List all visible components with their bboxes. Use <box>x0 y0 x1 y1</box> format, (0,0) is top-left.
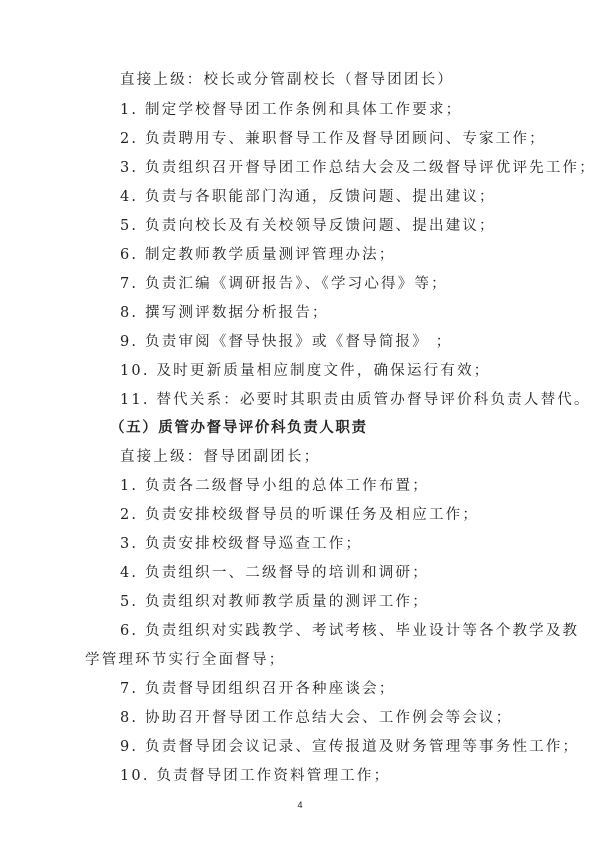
duty-item: 3. 负责组织召开督导团工作总结大会及二级督导评优评先工作； <box>120 159 596 177</box>
duty-item: 2. 负责聘用专、兼职督导工作及督导团顾问、专家工作； <box>120 130 546 148</box>
duty-item: 9. 负责督导团会议记录、宣传报道及财务管理等事务性工作； <box>120 738 579 756</box>
duty-item: 1. 制定学校督导团工作条例和具体工作要求； <box>120 101 462 119</box>
duty-item: 8. 撰写测评数据分析报告； <box>120 304 329 322</box>
duty-item: 2. 负责安排校级督导员的听课任务及相应工作； <box>120 506 479 524</box>
duty-item: 11. 替代关系：必要时其职责由质管办督导评价科负责人替代。 <box>120 391 591 409</box>
duty-item-continuation: 学管理环节实行全面督导； <box>85 651 285 669</box>
duty-item: 6. 制定教师教学质量测评管理办法； <box>120 246 396 264</box>
section-heading: （五）质管办督导评价科负责人职责 <box>110 419 368 437</box>
duty-item: 7. 负责汇编《调研报告》、《学习心得》等； <box>120 275 448 293</box>
duty-item: 8. 协助召开督导团工作总结大会、工作例会等会议； <box>120 709 512 727</box>
document-page: 直接上级：校长或分管副校长（督导团团长） 1. 制定学校督导团工作条例和具体工作… <box>0 0 600 848</box>
superior-line: 直接上级：校长或分管副校长（督导团团长） <box>120 71 454 89</box>
duty-item: 10. 及时更新质量相应制度文件，确保运行有效； <box>120 362 490 380</box>
duty-item: 7. 负责督导团组织召开各种座谈会； <box>120 680 396 698</box>
superior-line: 直接上级：督导团副团长； <box>120 448 320 466</box>
duty-item: 6. 负责组织对实践教学、考试考核、毕业设计等各个教学及教 <box>120 622 579 640</box>
duty-item: 3. 负责安排校级督导巡查工作； <box>120 535 362 553</box>
duty-item: 5. 负责向校长及有关校领导反馈问题、提出建议； <box>120 217 496 235</box>
duty-item: 5. 负责组织对教师教学质量的测评工作； <box>120 593 429 611</box>
duty-item: 4. 负责组织一、二级督导的培训和调研； <box>120 564 429 582</box>
duty-item: 9. 负责审阅《督导快报》或《督导简报》 ； <box>120 333 452 351</box>
duty-item: 10. 负责督导团工作资料管理工作； <box>120 767 390 785</box>
duty-item: 1. 负责各二级督导小组的总体工作布置； <box>120 477 429 495</box>
duty-item: 4. 负责与各职能部门沟通，反馈问题、提出建议； <box>120 188 496 206</box>
page-number: 4 <box>0 800 600 810</box>
